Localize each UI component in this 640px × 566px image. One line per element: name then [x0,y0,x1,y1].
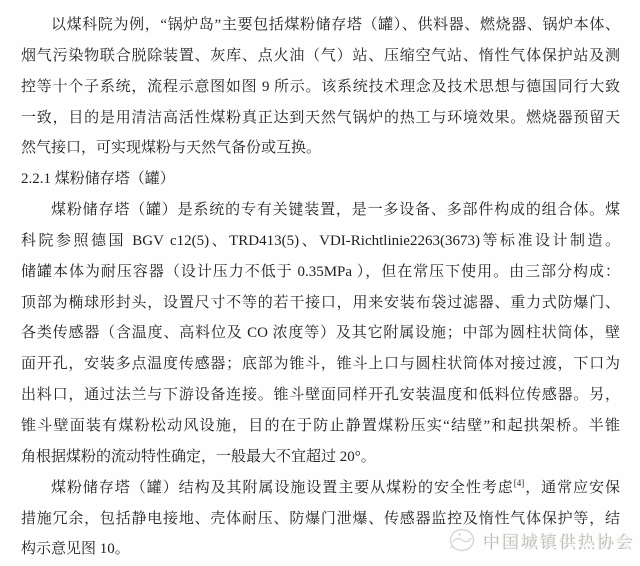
document-page: 以煤科院为例，“锅炉岛”主要包括煤粉储存塔（罐）、供料器、燃烧器、锅炉本体、 烟… [0,0,640,566]
text-line: 科院参照德国 BGV c12(5)、TRD413(5)、VDI-Richtlin… [21,226,620,257]
text-line: 措施冗余，包括静电接地、壳体耐压、防爆门泄爆、传感器监控及惰性气体保护等，结 [21,504,620,535]
text-line: 烟气污染物联合脱除装置、灰库、点火油（气）站、压缩空气站、惰性气体保护站及测 [21,41,620,72]
text-line: 锥斗壁面装有煤粉松动风设施，目的在于防止静置煤粉压实“结壁”和起拱架桥。半锥 [21,411,620,442]
text-line: 出料口，通过法兰与下游设备连接。锥斗壁面同样开孔安装温度和低料位传感器。另， [21,380,620,411]
text-line: 煤粉储存塔（罐）是系统的专有关键装置，是一多设备、多部件构成的组合体。煤 [21,195,620,226]
text-line: 控等十个子系统，流程示意图如图 9 所示。该系统技术理念及技术思想与德国同行大致 [21,72,620,103]
text-segment: ，通常应安保 [524,480,620,496]
text-line: 储罐本体为耐压容器（设计压力不低于 0.35MPa ），但在常压下使用。由三部分… [21,257,620,288]
section-heading: 2.2.1 煤粉储存塔（罐） [21,164,620,195]
citation-superscript: [4] [514,478,525,488]
text-line: 顶部为椭球形封头，设置尺寸不等的若干接口，用来安装布袋过滤器、重力式防爆门、 [21,288,620,319]
text-line: 然气接口，可实现煤粉与天然气备份或互换。 [21,133,620,164]
text-line: 以煤科院为例，“锅炉岛”主要包括煤粉储存塔（罐）、供料器、燃烧器、锅炉本体、 [21,10,620,41]
text-line: 角根据煤粉的流动特性确定，一般最大不宜超过 20°。 [21,442,620,473]
text-line-with-citation: 煤粉储存塔（罐）结构及其附属设施设置主要从煤粉的安全性考虑[4]，通常应安保 [21,473,620,504]
text-segment: 煤粉储存塔（罐）结构及其附属设施设置主要从煤粉的安全性考虑 [51,480,514,496]
text-line: 各类传感器（含温度、高料位及 CO 浓度等）及其它附属设施；中部为圆柱状筒体，壁 [21,318,620,349]
text-line: 构示意见图 10。 [21,534,620,565]
text-line: 一致，目的是用清洁高活性煤粉真正达到天然气锅炉的热工与环境效果。燃烧器预留天 [21,103,620,134]
text-line: 面开孔，安装多点温度传感器；底部为锥斗，锥斗上口与圆柱状筒体对接过渡，下口为 [21,349,620,380]
